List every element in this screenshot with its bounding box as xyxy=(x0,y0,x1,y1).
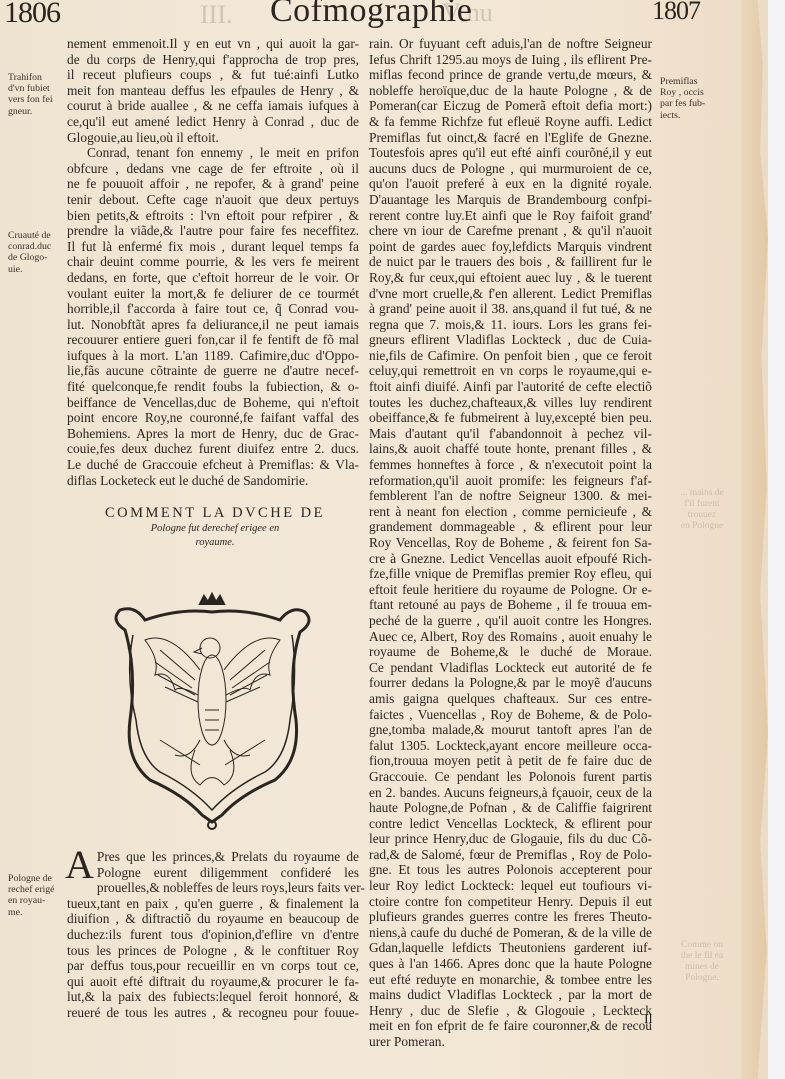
text-line: Bohemiens. Apres la mort de Henry, duc d… xyxy=(67,426,359,442)
text-line: diflas Locketeck eut le duché de Sandomi… xyxy=(67,473,359,489)
text-line: lut,& la paix des fubiects:lequel feroit… xyxy=(67,989,359,1005)
margin-note-trahison: Trahifond'vn fubietvers fon feigneur. xyxy=(8,72,64,117)
text-line: Iefus Chrift 1295.au moys de Iuing , ils… xyxy=(369,52,652,68)
text-line: recouurer entiere gueri fon,car il fe fe… xyxy=(67,332,359,348)
text-line: femmes honneftes à force , & n'executoit… xyxy=(369,457,652,473)
text-line: lains,& auoit chaffé toute honte, prenan… xyxy=(369,441,652,457)
text-line: fze,fille vnique de Premiflas premier Ro… xyxy=(369,566,652,582)
text-line: gneurs eflirent Vladiflas Lockteck , duc… xyxy=(369,332,652,348)
text-line: tenir debout. Cefte cage n'auoit que deu… xyxy=(67,192,359,208)
text-line: urer Pomeran. xyxy=(369,1034,652,1050)
text-line: Pres que les princes,& Prelats du royaum… xyxy=(67,849,359,865)
text-line: Henry , duc de Slefie , & Glogouie , Lec… xyxy=(369,1003,652,1019)
margin-note-line: trouuez xyxy=(672,510,732,521)
text-line: Il fut là enfermé fix mois , durant lequ… xyxy=(67,239,359,255)
text-line: Mais d'autant qu'il f'abandonnoit à pech… xyxy=(369,426,652,442)
text-line: par deffus tous,pour recueillir en vn co… xyxy=(67,958,359,974)
text-line: Le duché de Graccouie efcheut à Premifla… xyxy=(67,457,359,473)
text-line: meit fon manteau deffus les efpaules de … xyxy=(67,83,359,99)
text-line: toutes les duchez,chafteaux,& villes luy… xyxy=(369,395,652,411)
margin-note-line: Premiflas xyxy=(660,76,730,87)
text-line: femblerent l'an de noftre Seigneur 1300.… xyxy=(369,488,652,504)
text-line: meit en fon efprit de fe faire couronner… xyxy=(369,1018,652,1034)
text-line: D'auantage les Marquis de Brandembourg c… xyxy=(369,192,652,208)
text-line: Premiflas fut oinct,& facré en l'Eglife … xyxy=(369,130,652,146)
text-line: Pomeran(car Eiczug de Pomerã eftoit defi… xyxy=(369,98,652,114)
text-line: amis gaigna quelques chafteaux. Sur ces … xyxy=(369,691,652,707)
text-line: nie,fils de Cafimire. On penfoit bien , … xyxy=(369,348,652,364)
text-line: obfcure , dedans vne cage de fer eftroit… xyxy=(67,161,359,177)
margin-note-pologne-erige: Pologne derechef erigéen royau-me. xyxy=(8,873,68,918)
text-line: cre à Gnezne. Ledict Vencellas auoit efp… xyxy=(369,551,652,567)
text-line: ctoire contre fon competiteur Henry. Dep… xyxy=(369,894,652,910)
text-line: couie,fes deux duchez furent diuifez ent… xyxy=(67,441,359,457)
bleed-through-note-2: Comme onthe le fil eamines dePologne. xyxy=(672,940,732,984)
margin-note-line: Pologne. xyxy=(672,973,732,984)
margin-note-line: uie. xyxy=(8,264,64,275)
text-line: contre ledict Vencellas Lockteck, & efli… xyxy=(369,816,652,832)
text-line: fion,trouua moyen petit à petit de fe fa… xyxy=(369,753,652,769)
text-line: regna que 7. mois,& 11. iours. Lors les … xyxy=(369,317,652,333)
text-line: courut à bride auallee , & ne ceffa iama… xyxy=(67,98,359,114)
margin-note-line: d'vn fubiet xyxy=(8,83,64,94)
page-header: III. V nu 1806 Cofmographie 1807 xyxy=(0,0,768,30)
text-line: de du corps de Henry,qui f'approcha de t… xyxy=(67,52,359,68)
margin-note-line: en royau- xyxy=(8,895,68,906)
section-heading-subtitle: Pologne fut derechef erigee en xyxy=(95,522,335,536)
text-line: à grand' peine auoit il 38. ans,quand il… xyxy=(369,301,652,317)
text-line: horrible,il f'accorda à faire tout ce, q… xyxy=(67,301,359,317)
text-line: diuifion , & diftractiõ du royaume en be… xyxy=(67,911,359,927)
text-line: rerent contre luy.Et ainfi que le Roy fa… xyxy=(369,208,652,224)
torn-page-edge xyxy=(742,0,768,1079)
text-line: d'vne mort cruelle,& f'en allerent. Ledi… xyxy=(369,286,652,302)
margin-note-line: rechef erigé xyxy=(8,884,68,895)
text-line: eftoit feule heritiere du royaume de Pol… xyxy=(369,582,652,598)
page-number-left: 1806 xyxy=(4,0,60,30)
text-line: rent à neant fon election , comme pernic… xyxy=(369,504,652,520)
text-line: tous les princes de Pologne , & le conft… xyxy=(67,943,359,959)
text-line: Conrad, tenant fon ennemy , le meit en p… xyxy=(67,145,359,161)
text-line: rad,& de Salomé, fœur de Premiflas , Roy… xyxy=(369,847,652,863)
text-line: en 2. bandes. Aucuns feigneurs,à fçauoir… xyxy=(369,785,652,801)
text-line: lie,fãs aucune cõtrainte de guerre ne d'… xyxy=(67,363,359,379)
page-number-right: 1807 xyxy=(652,0,700,26)
margin-note-line: iects. xyxy=(660,110,730,121)
text-line: falut 1305. Lockteck,ayant encore meille… xyxy=(369,738,652,754)
text-line: Glogouie,au lieu,où il eftoit. xyxy=(67,130,359,146)
margin-note-line: en Pologne xyxy=(672,521,732,532)
text-line: dedans, en forte, que c'eftoit horreur d… xyxy=(67,270,359,286)
text-line: tueux,tant en paix , qu'en guerre , & fi… xyxy=(67,896,359,912)
text-line: haute Pologne,de Pofnan , & de Califfie … xyxy=(369,800,652,816)
margin-note-line: de Glogo- xyxy=(8,252,64,263)
text-line: Roy,& fur ceux,qui eftoient auec luy , &… xyxy=(369,270,652,286)
right-paragraph: rain. Or fuyuant ceft aduis,l'an de noft… xyxy=(369,36,652,1050)
margin-note-line: Roy , occis xyxy=(660,87,730,98)
text-line: peché de la guerre , qu'il auoit contre … xyxy=(369,613,652,629)
running-title: Cofmographie xyxy=(270,0,472,30)
text-line: plufieurs grandes guerres contre les fre… xyxy=(369,909,652,925)
text-line: royaume de Boheme,& le duché de Moraue. xyxy=(369,644,652,660)
text-line: faictes , Vuencellas , Roy de Boheme, & … xyxy=(369,707,652,723)
margin-note-line: gneur. xyxy=(8,106,64,117)
text-line: chere vn iour de Carefme prenant , & qu'… xyxy=(369,223,652,239)
text-line: Roy Vencellas, Roy de Boheme , & feirent… xyxy=(369,535,652,551)
text-line: lut. Nonobftãt apres fa deliurance,il ne… xyxy=(67,317,359,333)
text-line: de nuict par le trauers des bois , & fai… xyxy=(369,254,652,270)
left-paragraph-3-text: Pres que les princes,& Prelats du royaum… xyxy=(67,849,359,1021)
text-line: grandement dommageable , & eflirent pour… xyxy=(369,519,652,535)
margin-note-line: conrad.duc xyxy=(8,241,64,252)
text-line: Toutesfois apres qu'il eut efté ainfi co… xyxy=(369,145,652,161)
text-line: fourrer dedans la Pologne,& par le moyẽ … xyxy=(369,675,652,691)
text-line: Graccouie. Ce pendant les Polonois furen… xyxy=(369,769,652,785)
text-line: gne. Et tous les autres Polonois accepte… xyxy=(369,862,652,878)
text-line: rain. Or fuyuant ceft aduis,l'an de noft… xyxy=(369,36,652,52)
text-line: mains dudict Vladiflas Lockteck , par la… xyxy=(369,987,652,1003)
margin-note-line: vers fon fei xyxy=(8,94,64,105)
text-line: obeiffance,& fe fubmeirent à luy,excepté… xyxy=(369,410,652,426)
margin-note-line: par fes fub- xyxy=(660,98,730,109)
text-line: bien petits,& eftroits : l'vn eftoit pou… xyxy=(67,208,359,224)
text-line: niens,à caufe du duché de Pomeran, & de … xyxy=(369,925,652,941)
text-line: leur Roy ledict Lockteck: lequel eut tou… xyxy=(369,878,652,894)
text-line: reueré de tous les autres , & recogneu p… xyxy=(67,1005,359,1021)
text-line: beiffance de Vencellas,duc de Boheme, qu… xyxy=(67,395,359,411)
text-line: eut efté reduyte en monarchie, & tombee … xyxy=(369,972,652,988)
margin-note-line: Trahifon xyxy=(8,72,64,83)
text-line: il receut plufieurs coups , & fut tué:ai… xyxy=(67,67,359,83)
drop-cap: A xyxy=(65,849,94,881)
margin-note-line: ... mains de xyxy=(672,488,732,499)
text-line: qui auoit efté diftrait du royaume,& pro… xyxy=(67,974,359,990)
text-line: point encore Roy,ne couronné,fe faifant … xyxy=(67,410,359,426)
margin-note-line: Comme on xyxy=(672,940,732,951)
text-line: & fa femme Richfze fut efleuë Royne auff… xyxy=(369,114,652,130)
text-line: Ce pendant Vladiflas Lockteck eut autori… xyxy=(369,660,652,676)
text-line: fité quelconque,fe rendit foubs la fubie… xyxy=(67,379,359,395)
bleed-through-note-1: ... mains def'il furenttrouuezen Pologne xyxy=(672,488,732,532)
left-paragraph-3: A Pres que les princes,& Prelats du roya… xyxy=(67,849,359,1021)
text-line: miflas fecond prince de grande vertu,de … xyxy=(369,67,652,83)
text-line: chair deuint comme pourrie, & les vers f… xyxy=(67,254,359,270)
text-line: Pologne eurent diligemment confideré les xyxy=(67,865,359,881)
signature-mark: Il xyxy=(644,1012,653,1028)
bleed-through-header-left: III. xyxy=(200,0,232,30)
text-line: celuy,qui remettroit en vn corps le roya… xyxy=(369,363,652,379)
left-paragraph-1: nement emmenoit.Il y en eut vn , qui auo… xyxy=(67,36,359,145)
section-heading-subtitle-2: royaume. xyxy=(95,536,335,550)
eagle-coat-of-arms-icon xyxy=(100,590,325,830)
text-line: Auec ce, Albert, Roy des Romains , auoit… xyxy=(369,629,652,645)
book-page: III. V nu 1806 Cofmographie 1807 nement … xyxy=(0,0,768,1079)
text-line: gne,tomba malade,& mourut tantoft apres … xyxy=(369,722,652,738)
text-line: point de gardes auec foy,lefdicts Marqui… xyxy=(369,239,652,255)
text-line: prendre la viãde,& l'autre pour faire fe… xyxy=(67,223,359,239)
left-paragraph-2: Conrad, tenant fon ennemy , le meit en p… xyxy=(67,145,359,488)
text-line: Gdan,laquelle lefdicts Theutoniens garde… xyxy=(369,940,652,956)
text-line: reformation,qu'il auoit promife: les fei… xyxy=(369,473,652,489)
scan-background xyxy=(765,0,785,1079)
text-line: leur prince Henry,duc de Glogauie, fils … xyxy=(369,831,652,847)
text-line: ques à l'an 1466. Apres donc que la haut… xyxy=(369,956,652,972)
margin-note-premislas: PremiflasRoy , occispar fes fub-iects. xyxy=(660,76,730,121)
text-line: ftant retouné au pays de Boheme , il fe … xyxy=(369,597,652,613)
text-line: prouelles,& nobleffes de leurs roys,leur… xyxy=(67,880,359,896)
margin-note-line: Cruauté de xyxy=(8,230,64,241)
margin-note-line: mines de xyxy=(672,962,732,973)
margin-note-line: f'il furent xyxy=(672,499,732,510)
text-line: duchez:ils furent tous d'opinion,d'eflir… xyxy=(67,927,359,943)
text-line: aucuns ducs de Pologne , qui murmuroient… xyxy=(369,161,652,177)
right-column: rain. Or fuyuant ceft aduis,l'an de noft… xyxy=(369,36,652,1050)
text-line: iufques à la mort. L'an 1189. Cafimire,d… xyxy=(67,348,359,364)
text-line: nobleffe heroïque,duc de la haute Pologn… xyxy=(369,83,652,99)
margin-note-cruaute: Cruauté deconrad.ducde Glogo-uie. xyxy=(8,230,64,275)
text-line: qu'on l'auoit preferé à eux en la dignit… xyxy=(369,176,652,192)
margin-note-line: me. xyxy=(8,907,68,918)
text-line: voulant euiter la mort,& fe deliurer de … xyxy=(67,286,359,302)
text-line: nement emmenoit.Il y en eut vn , qui auo… xyxy=(67,36,359,52)
text-line: ne fe pouuoit affoir , ne repofer, & à g… xyxy=(67,176,359,192)
section-heading-caps: COMMENT LA DVCHE DE xyxy=(95,505,335,522)
text-line: ftoit ainfi diuifé. Ainfi par l'autorité… xyxy=(369,379,652,395)
section-heading: COMMENT LA DVCHE DE Pologne fut derechef… xyxy=(95,505,335,550)
text-line: ce,qu'il eut amené ledict Henry à Conrad… xyxy=(67,114,359,130)
margin-note-line: the le fil ea xyxy=(672,951,732,962)
margin-note-line: Pologne de xyxy=(8,873,68,884)
left-column: nement emmenoit.Il y en eut vn , qui auo… xyxy=(67,36,359,488)
